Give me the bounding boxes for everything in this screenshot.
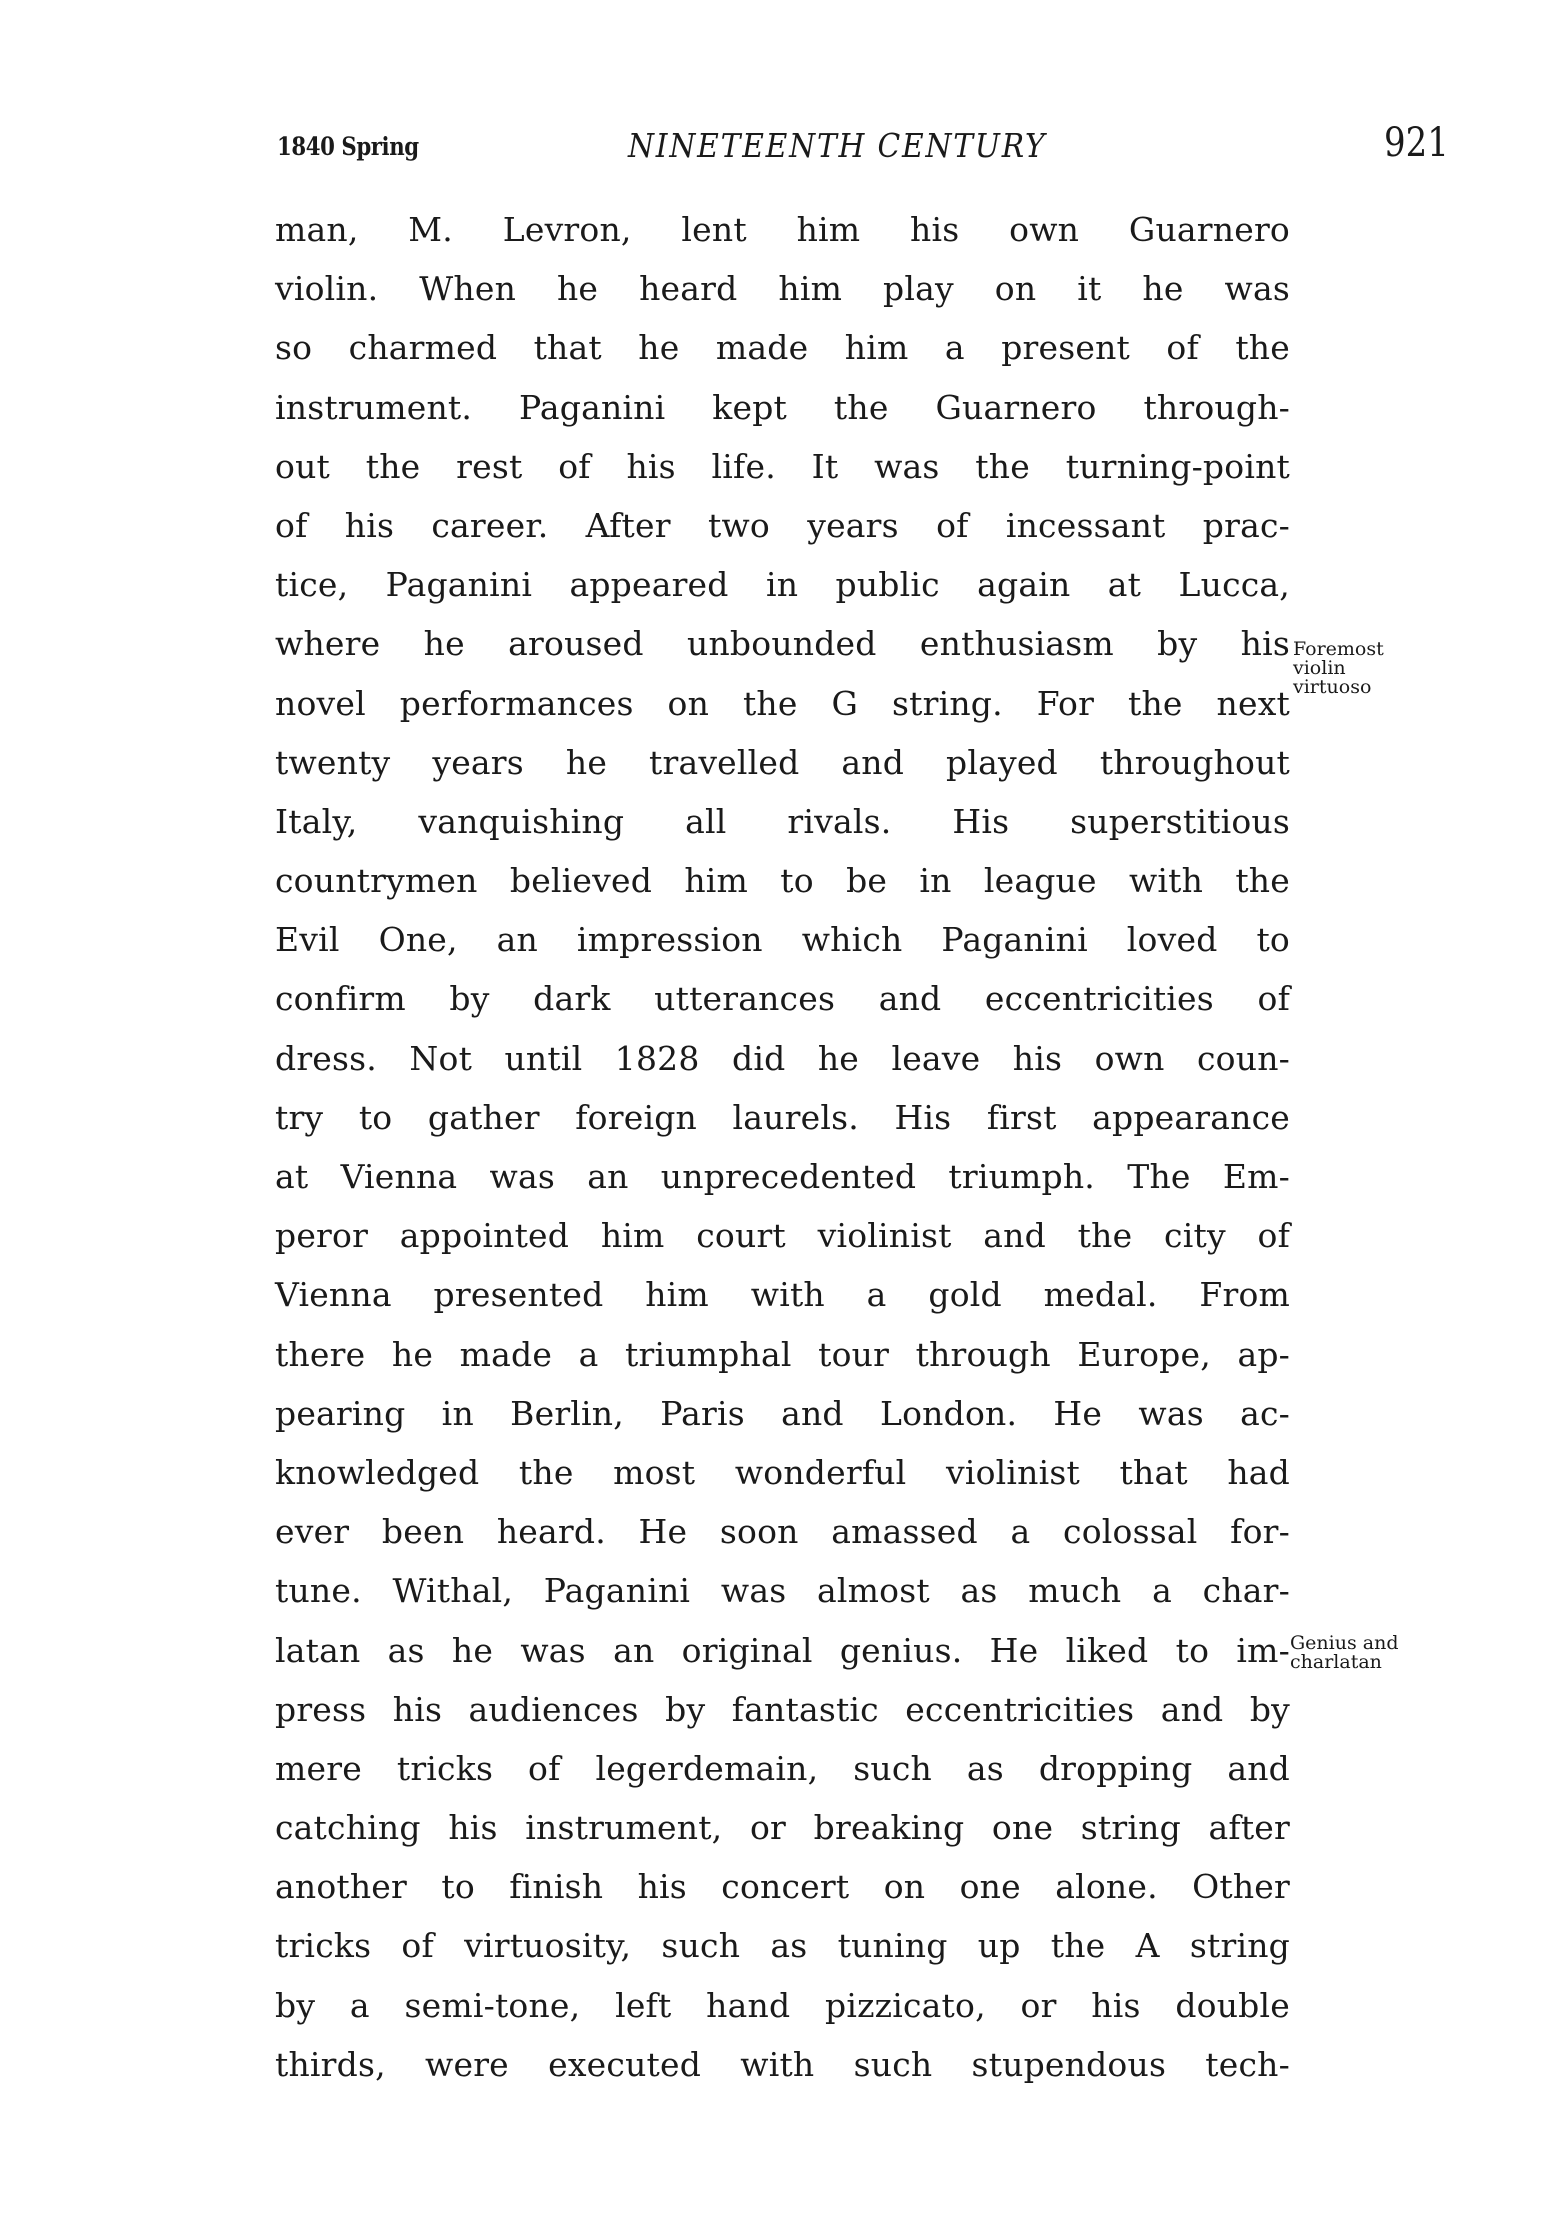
text-line: dress. Not until 1828 did he leave his o… [275,1029,1290,1088]
text-line: twenty years he travelled and played thr… [275,733,1290,792]
header-date: 1840 Spring [277,132,419,161]
text-line: latan as he was an original genius. He l… [275,1621,1290,1680]
text-line: Evil One, an impression which Paganini l… [275,910,1290,969]
text-line: another to finish his concert on one alo… [275,1857,1290,1916]
header-title: NINETEENTH CENTURY [628,126,1046,165]
text-line: press his audiences by fantastic eccentr… [275,1680,1290,1739]
text-line: man, M. Levron, lent him his own Guarner… [275,200,1290,259]
text-line: so charmed that he made him a present of… [275,318,1290,377]
text-line: out the rest of his life. It was the tur… [275,437,1290,496]
text-line: instrument. Paganini kept the Guarnero t… [275,378,1290,437]
book-page: 1840 Spring NINETEENTH CENTURY 921 man, … [0,0,1541,2214]
text-line: violin. When he heard him play on it he … [275,259,1290,318]
text-line: Vienna presented him with a gold medal. … [275,1265,1290,1324]
running-header: 1840 Spring NINETEENTH CENTURY 921 [0,118,1541,168]
text-line: ever been heard. He soon amassed a colos… [275,1502,1290,1561]
text-line: confirm by dark utterances and eccentric… [275,969,1290,1028]
text-line: by a semi-tone, left hand pizzicato, or … [275,1976,1290,2035]
margin-note-line: charlatan [1290,1653,1399,1672]
margin-note-foremost-violin-virtuoso: Foremost violin virtuoso [1293,640,1384,697]
text-line: of his career. After two years of incess… [275,496,1290,555]
text-line: where he aroused unbounded enthusiasm by… [275,614,1290,673]
text-line: tricks of virtuosity, such as tuning up … [275,1916,1290,1975]
text-line: there he made a triumphal tour through E… [275,1325,1290,1384]
text-line: pearing in Berlin, Paris and London. He … [275,1384,1290,1443]
text-line: peror appointed him court violinist and … [275,1206,1290,1265]
text-line: catching his instrument, or breaking one… [275,1798,1290,1857]
margin-note-genius-and-charlatan: Genius and charlatan [1290,1634,1399,1672]
text-line: Italy, vanquishing all rivals. His super… [275,792,1290,851]
text-line: at Vienna was an unprecedented triumph. … [275,1147,1290,1206]
body-text: man, M. Levron, lent him his own Guarner… [275,200,1290,2094]
text-line: mere tricks of legerdemain, such as drop… [275,1739,1290,1798]
text-line: countrymen believed him to be in league … [275,851,1290,910]
margin-note-line: virtuoso [1293,678,1384,697]
text-line: try to gather foreign laurels. His first… [275,1088,1290,1147]
text-line: tice, Paganini appeared in public again … [275,555,1290,614]
text-line: tune. Withal, Paganini was almost as muc… [275,1561,1290,1620]
page-number: 921 [1384,120,1449,166]
text-line: knowledged the most wonderful violinist … [275,1443,1290,1502]
text-line: thirds, were executed with such stupendo… [275,2035,1290,2094]
text-line: novel performances on the G string. For … [275,674,1290,733]
